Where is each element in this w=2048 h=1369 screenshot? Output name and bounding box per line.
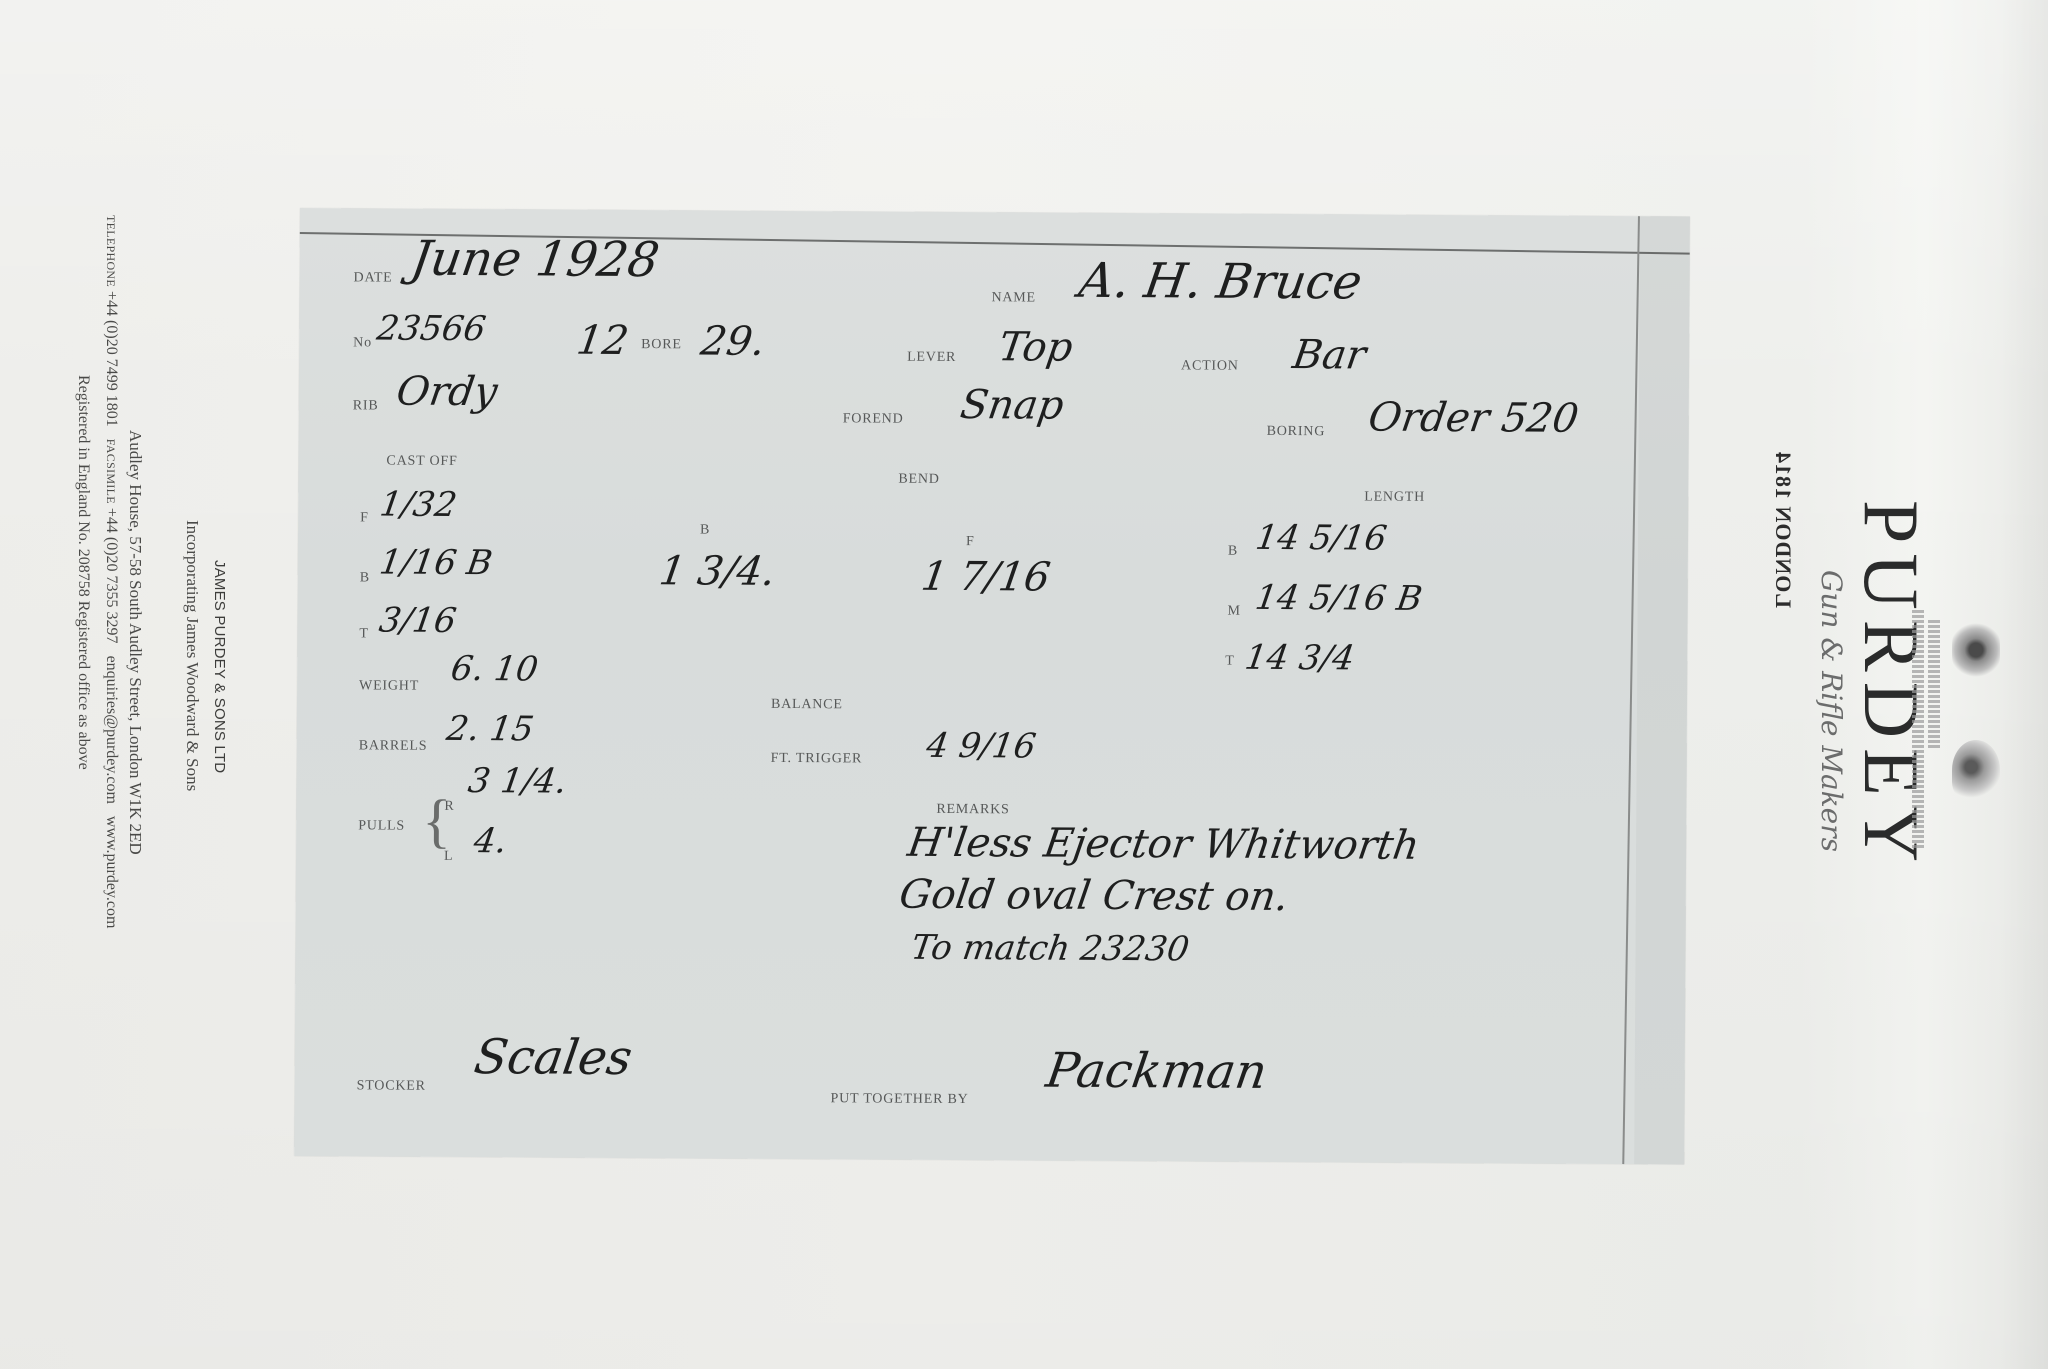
website: www.purdey.com [103, 816, 120, 929]
length-value: 14 5/16 B [1253, 578, 1425, 619]
facsimile: +44 (0)20 7355 3297 [103, 508, 120, 644]
boring-value: Order 520 [1365, 395, 1581, 442]
cast-off-value: 3/16 [377, 601, 459, 641]
remarks-label: Remarks [936, 802, 1009, 818]
incorporating-line: Incorporating James Woodward & Sons [182, 520, 202, 791]
date-value: June 1928 [408, 231, 663, 288]
gun-record-card: Date June 1928 Name A. H. Bruce No 23566… [294, 208, 1690, 1164]
pulls-brace: { [422, 787, 451, 856]
remarks-line: H'less Ejector Whitworth [905, 820, 1423, 869]
barrels-value: 2. 15 [444, 709, 536, 749]
telephone-label: TELEPHONE [104, 215, 118, 287]
length-heading: Length [1364, 490, 1425, 506]
brand-location: LONDON 1814 [1770, 451, 1796, 608]
warrant-text-block [1928, 620, 1940, 750]
address: Audley House, 57-58 South Audley Street,… [126, 430, 145, 855]
pulls-r-key: R [444, 799, 454, 815]
brand-tagline: Gun & Rifle Makers [1815, 570, 1848, 852]
warrant-text-block [1912, 610, 1924, 760]
bend-heading: Bend [898, 472, 939, 488]
rib-label: Rib [353, 398, 379, 414]
lever-value: Top [996, 324, 1076, 370]
cast-off-value: 1/32 [377, 485, 459, 525]
weight-value: 6. 10 [448, 649, 540, 689]
cast-off-key: F [360, 510, 369, 526]
forend-label: Forend [843, 411, 904, 427]
bend-f-value: 1 7/16 [918, 554, 1053, 601]
length-value: 14 5/16 [1253, 518, 1389, 559]
ft-trigger-label: Ft. Trigger [771, 751, 863, 768]
number-value: 23566 [374, 308, 488, 349]
forend-value: Snap [957, 382, 1066, 429]
length-key: T [1225, 654, 1234, 670]
cast-off-key: T [359, 626, 368, 642]
pulls-label: Pulls [358, 818, 405, 834]
card-margin [1634, 216, 1690, 1164]
pulls-r-value: 3 1/4. [466, 761, 570, 802]
cast-off-heading: Cast Off [386, 454, 457, 470]
action-label: Action [1181, 358, 1239, 374]
length-value: 14 3/4 [1242, 638, 1357, 679]
cast-off-value: 1/16 B [377, 543, 495, 584]
boring-label: Boring [1267, 424, 1326, 440]
weight-label: Weight [359, 678, 419, 694]
remarks-line: To match 23230 [909, 928, 1192, 970]
number-label: No [353, 335, 372, 351]
bore-label: Bore [641, 337, 682, 353]
pulls-l-key: L [444, 849, 453, 865]
contact-line: TELEPHONE +44 (0)20 7499 1801 FACSIMILE … [102, 215, 120, 928]
gauge-value: 12 [574, 318, 632, 364]
stocker-value: Scales [471, 1029, 636, 1086]
balance-label: Balance [771, 697, 843, 713]
telephone: +44 (0)20 7499 1801 [103, 291, 120, 427]
registration-line: Registered in England No. 208758 Registe… [74, 375, 92, 770]
length-key: M [1228, 604, 1241, 620]
ft-trigger-value: 4 9/16 [924, 726, 1039, 767]
put-together-value: Packman [1043, 1043, 1271, 1100]
remarks-line: Gold oval Crest on. [896, 872, 1291, 920]
stocker-label: Stocker [357, 1078, 426, 1094]
name-value: A. H. Bruce [1075, 253, 1365, 311]
barrels-label: Barrels [359, 738, 428, 754]
lever-label: Lever [907, 350, 956, 366]
email: enquiries@purdey.com [103, 656, 120, 804]
bend-b-key: B [700, 522, 710, 538]
address-line: Audley House, 57-58 South Audley Street,… [125, 430, 145, 855]
bend-b-value: 1 3/4. [656, 548, 778, 595]
rib-value: Ordy [394, 369, 501, 416]
warrant-text-block [1912, 760, 1924, 850]
name-label: Name [991, 290, 1036, 306]
facsimile-label: FACSIMILE [104, 439, 118, 504]
royal-coat-of-arms-icon [1952, 620, 2000, 680]
bend-f-key: F [966, 534, 975, 550]
bore-value: 29. [698, 318, 768, 364]
company-name: JAMES PURDEY & SONS LTD [211, 560, 228, 773]
date-label: Date [354, 270, 393, 286]
put-together-label: Put Together By [831, 1091, 969, 1108]
pulls-l-value: 4. [471, 821, 509, 861]
cast-off-key: B [360, 570, 370, 586]
prince-of-wales-feathers-icon [1952, 740, 2000, 800]
royal-warrants [1900, 610, 2020, 810]
length-key: B [1228, 544, 1238, 560]
letterhead: JAMES PURDEY & SONS LTD Incorporating Ja… [20, 215, 230, 1165]
action-value: Bar [1290, 332, 1369, 378]
